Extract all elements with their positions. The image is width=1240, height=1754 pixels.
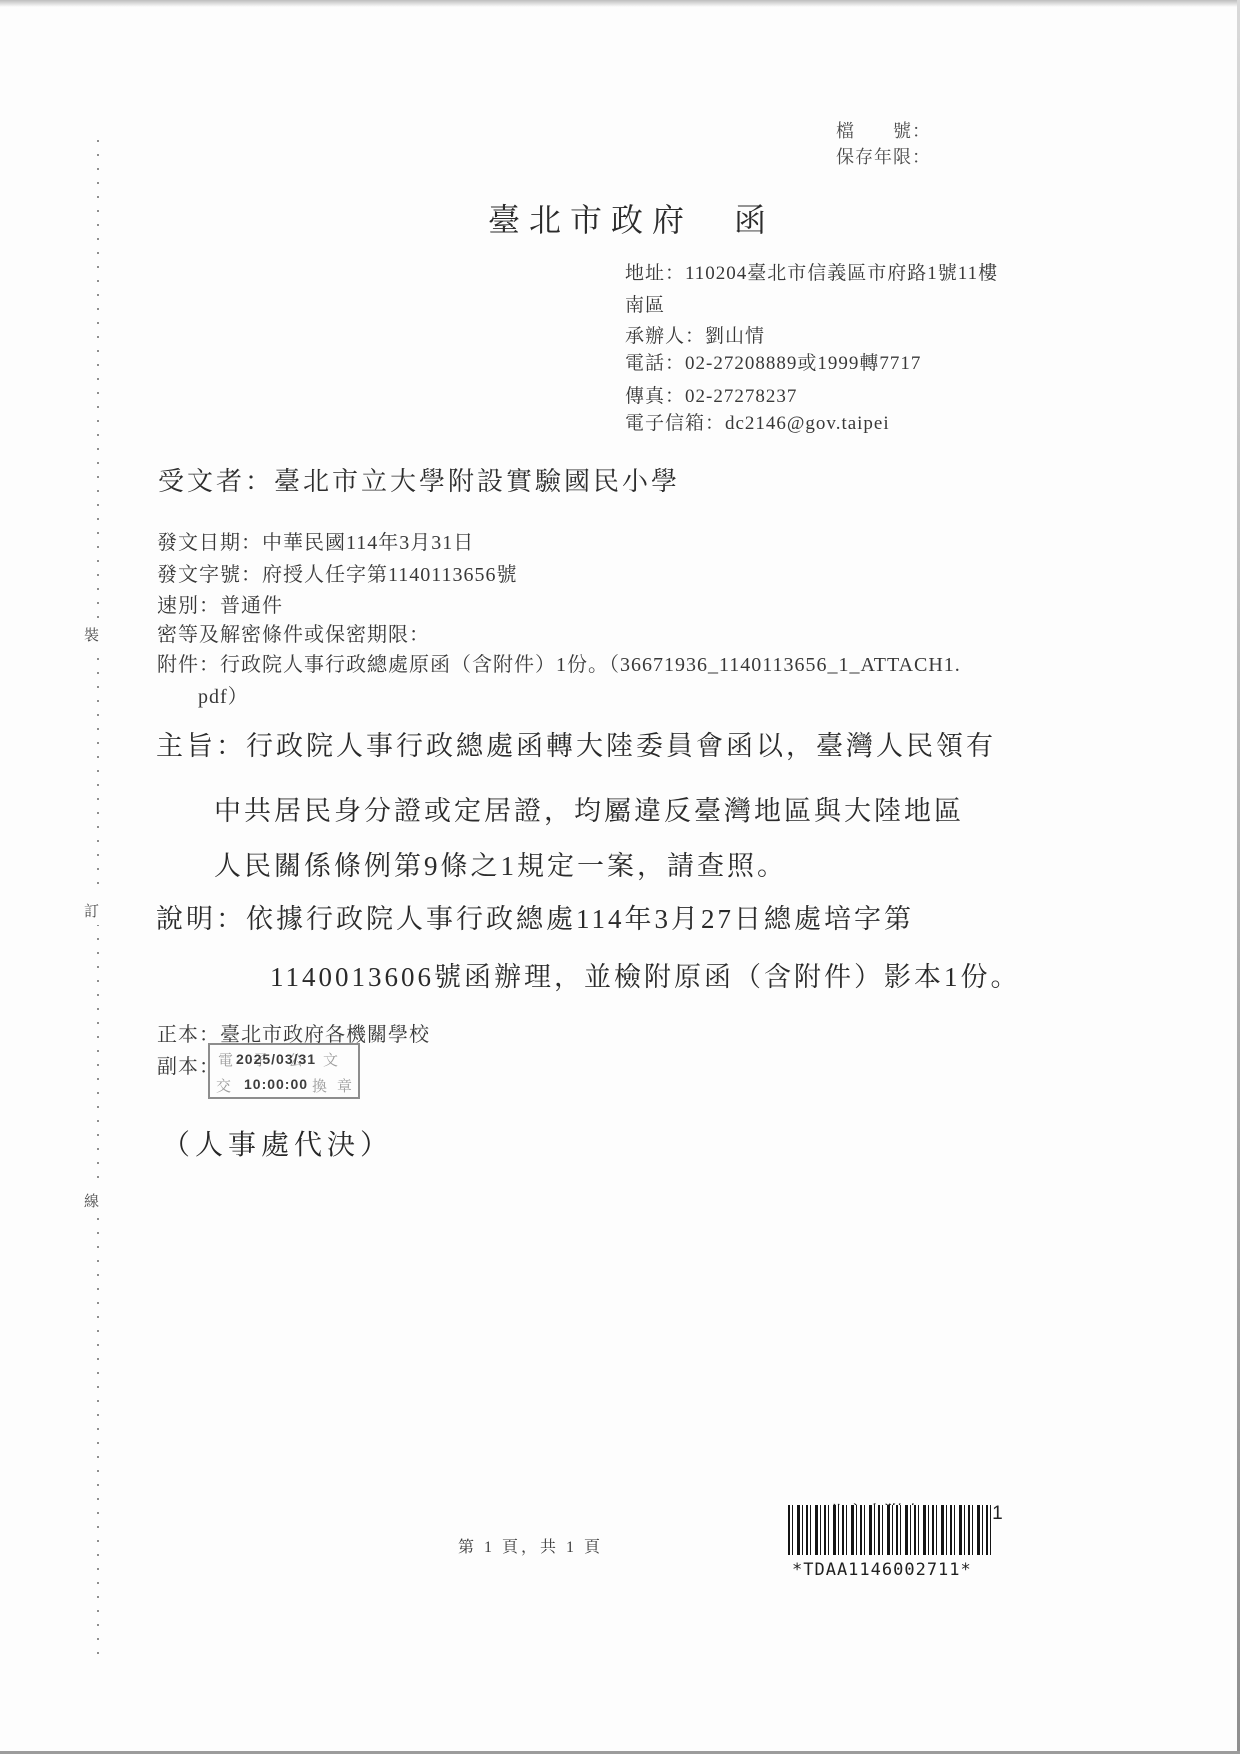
scan-artifact-top-edge	[0, 0, 1240, 7]
scanned-official-letter: 裝 訂 線 檔 號： 保存年限： 臺北市政府 函 地址：110204臺北市信義區…	[0, 0, 1240, 1754]
field-security: 密等及解密條件或保密期限：	[157, 623, 430, 648]
binding-mark-xian: 線	[84, 1186, 99, 1215]
barcode-image	[788, 1505, 993, 1555]
subject-line2: 中共居民身分證或定居證，均屬違反臺灣地區與大陸地區	[214, 795, 964, 829]
electronic-exchange-stamp: 電子公文 交 換 章 2025/03/31 10:00:00	[208, 1043, 360, 1099]
field-speed: 速別：普通件	[157, 594, 283, 619]
sender-officer: 承辦人：劉山情	[625, 325, 765, 349]
barcode-text: *TDAA1146002711*	[792, 1560, 972, 1581]
sender-fax: 傳真：02-27278237	[625, 385, 797, 409]
binding-mark-zhuang: 裝	[84, 620, 99, 649]
stamp-char-zhang: 章	[337, 1075, 352, 1096]
stamp-char-huan: 換	[312, 1075, 327, 1096]
file-number-label: 檔 號：	[836, 120, 931, 143]
field-issue-date: 發文日期：中華民國114年3月31日	[157, 531, 474, 556]
subject-line1: 主旨：行政院人事行政總處函轉大陸委員會函以，臺灣人民領有	[156, 730, 996, 764]
recipient-line: 受文者：臺北市立大學附設實驗國民小學	[158, 466, 680, 499]
binding-mark-ding: 訂	[84, 896, 99, 925]
sender-address-line1: 地址：110204臺北市信義區市府路1號11樓	[625, 262, 998, 286]
field-attachment-line2: pdf）	[198, 685, 249, 710]
stamp-date: 2025/03/31	[236, 1051, 316, 1067]
stamp-time: 10:00:00	[244, 1076, 308, 1092]
retention-period-label: 保存年限：	[836, 146, 931, 169]
sender-address-line2: 南區	[625, 294, 665, 318]
field-attachment-line1: 附件：行政院人事行政總處原函（含附件）1份。（36671936_11401136…	[157, 653, 961, 678]
sender-email: 電子信箱：dc2146@gov.taipei	[625, 412, 890, 436]
decision-note: （人事處代決）	[162, 1128, 393, 1163]
page-number: 第 1 頁，共 1 頁	[458, 1538, 603, 1558]
field-doc-number: 發文字號：府授人任字第1140113656號	[157, 563, 518, 588]
subject-line3: 人民關係條例第9條之1規定一案，請查照。	[214, 850, 787, 884]
sender-phone: 電話：02-27208889或1999轉7717	[625, 352, 921, 376]
stamp-char-jiao: 交	[216, 1075, 231, 1096]
document-title: 臺北市政府 函	[488, 200, 775, 240]
explanation-line1: 說明：依據行政院人事行政總處114年3月27日總處培字第	[156, 903, 914, 937]
explanation-line2: 1140013606號函辦理，並檢附原函（含附件）影本1份。	[270, 961, 1021, 995]
